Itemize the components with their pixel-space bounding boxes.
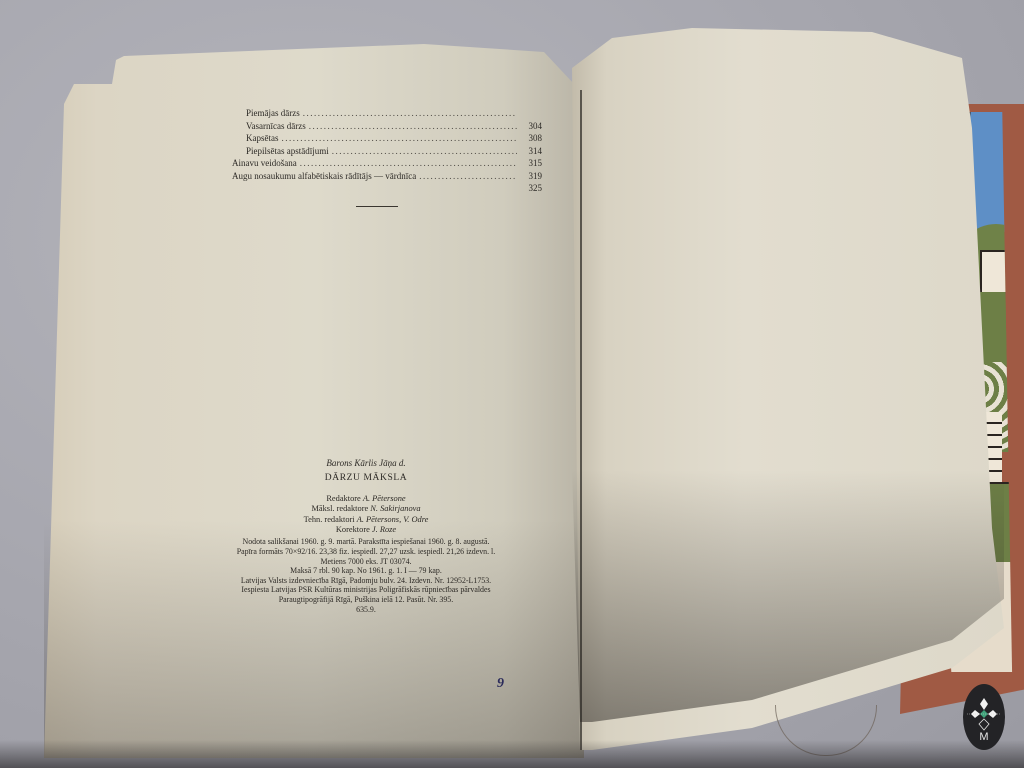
colophon-author: Barons Kārlis Jāņa d.	[196, 458, 536, 468]
credit-line: Redaktore A. Pētersone	[196, 494, 536, 504]
toc-leader	[303, 107, 517, 120]
credit-role: Tehn. redaktori	[304, 515, 357, 524]
bottom-shadow	[0, 740, 1024, 768]
toc-entry-page: 319	[520, 170, 542, 183]
credit-name: A. Pētersone	[363, 494, 406, 503]
toc-leader	[419, 170, 517, 183]
print-detail-line: Paraugtipogrāfijā Rīgā, Puškina ielā 12.…	[196, 595, 536, 605]
toc-entry-page: 308	[520, 132, 542, 145]
page-number: 9	[497, 676, 504, 692]
book-spine	[580, 90, 582, 750]
colophon: Barons Kārlis Jāņa d. DĀRZU MĀKSLA Redak…	[196, 458, 536, 614]
svg-text:M: M	[979, 731, 988, 743]
credit-line: Tehn. redaktori A. Pētersons, V. Odre	[196, 515, 536, 525]
toc-leader	[282, 132, 518, 145]
toc-row: Piepilsētas apstādījumi 314	[246, 145, 542, 158]
credit-name: N. Sakirjanova	[370, 504, 420, 513]
print-detail-line: 635.9.	[196, 605, 536, 615]
toc-row: 325	[246, 182, 542, 195]
toc-entry-title: Vasarnīcas dārzs	[246, 120, 306, 133]
toc-entry-page: 304	[520, 120, 542, 133]
table-of-contents: Piemājas dārzs Vasarnīcas dārzs 304 Kaps…	[246, 107, 542, 195]
toc-row: Piemājas dārzs	[246, 107, 542, 120]
credit-line: Māksl. redaktore N. Sakirjanova	[196, 504, 536, 514]
toc-row: Vasarnīcas dārzs 304	[246, 120, 542, 133]
toc-row: Ainavu veidošana 315	[232, 157, 542, 170]
credit-role: Māksl. redaktore	[311, 504, 370, 513]
toc-leader	[332, 145, 517, 158]
toc-entry-title: Augu nosaukumu alfabētiskais rādītājs — …	[232, 170, 416, 183]
toc-leader	[309, 120, 517, 133]
toc-entry-page: 325	[520, 182, 542, 195]
cover-house	[980, 250, 1008, 294]
print-detail-line: Papīra formāts 70×92/16. 23,38 fiz. iesp…	[196, 547, 536, 557]
toc-row: Kapsētas 308	[246, 132, 542, 145]
section-divider	[356, 206, 398, 207]
print-detail-line: Maksā 7 rbl. 90 kap. No 1961. g. 1. I — …	[196, 566, 536, 576]
toc-entry-title: Piepilsētas apstādījumi	[246, 145, 329, 158]
print-details: Nodota salikšanai 1960. g. 9. martā. Par…	[196, 537, 536, 614]
toc-row: Augu nosaukumu alfabētiskais rādītājs — …	[232, 170, 542, 183]
print-detail-line: Iespiesta Latvijas PSR Kultūras ministri…	[196, 585, 536, 595]
print-detail-line: Latvijas Valsts izdevniecība Rīgā, Padom…	[196, 576, 536, 586]
credit-name: A. Pētersons, V. Odre	[357, 515, 429, 524]
ornament-m-logo-icon: M	[963, 684, 1005, 750]
print-detail-line: Metiens 7000 eks. JT 03074.	[196, 557, 536, 567]
toc-entry-title: Kapsētas	[246, 132, 279, 145]
credit-role: Korektore	[336, 525, 372, 534]
logo-glyph: M	[963, 684, 1005, 750]
toc-leader	[300, 157, 517, 170]
toc-entry-page: 315	[520, 157, 542, 170]
toc-entry-page: 314	[520, 145, 542, 158]
print-detail-line: Nodota salikšanai 1960. g. 9. martā. Par…	[196, 537, 536, 547]
toc-entry-title: Ainavu veidošana	[232, 157, 297, 170]
credit-role: Redaktore	[326, 494, 363, 503]
colophon-title: DĀRZU MĀKSLA	[196, 473, 536, 483]
credit-line: Korektore J. Roze	[196, 525, 536, 535]
credit-name: J. Roze	[372, 525, 396, 534]
toc-entry-title: Piemājas dārzs	[246, 107, 300, 120]
